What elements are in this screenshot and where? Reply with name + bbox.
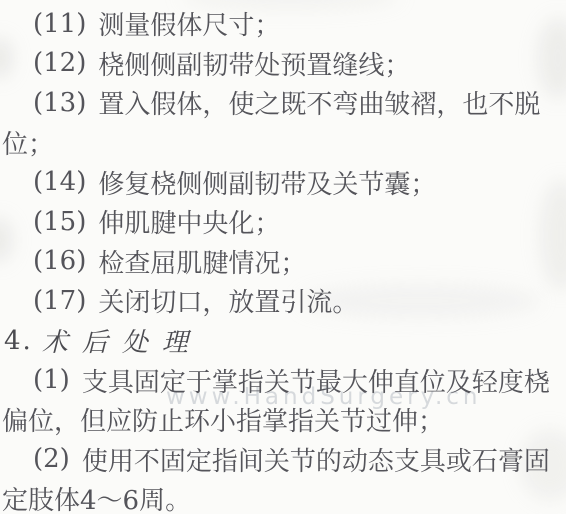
text-line: (11) 测量假体尺寸；	[2, 4, 566, 44]
list-number: (2)	[33, 444, 70, 474]
text-line: 定肢体4～6周。	[2, 479, 566, 514]
scanned-page: www.HandSurgery.cn (11) 测量假体尺寸； (12) 桡侧侧…	[0, 0, 566, 514]
line-text: 术后处理	[42, 322, 202, 359]
list-number: (15)	[33, 207, 86, 237]
list-number: (13)	[33, 88, 86, 118]
list-number: (14)	[33, 167, 86, 197]
line-text: 置入假体，使之既不弯曲皱褶，也不脱	[98, 84, 540, 121]
line-text: 检查屈肌腱情况；	[98, 243, 306, 280]
text-line: (15) 伸肌腱中央化；	[2, 202, 566, 242]
text-line: (2) 使用不固定指间关节的动态支具或石膏固	[2, 440, 566, 480]
text-line: 位；	[2, 123, 566, 163]
text-line: (12) 桡侧侧副韧带处预置缝线；	[2, 44, 566, 84]
line-text: 桡侧侧副韧带处预置缝线；	[98, 45, 410, 82]
line-text: 修复桡侧侧副韧带及关节囊；	[98, 164, 436, 201]
text-line: (16) 检查屈肌腱情况；	[2, 242, 566, 282]
line-text: 支具固定于掌指关节最大伸直位及轻度桡	[82, 362, 550, 399]
line-text: 偏位，但应防止环小指掌指关节过伸；	[2, 401, 444, 438]
line-text: 伸肌腱中央化；	[98, 203, 280, 240]
list-number: 4.	[4, 326, 33, 356]
list-number: (17)	[33, 286, 86, 316]
line-text: 测量假体尺寸；	[98, 5, 280, 42]
text-line: 4. 术后处理	[2, 321, 566, 361]
text-line: (1) 支具固定于掌指关节最大伸直位及轻度桡	[2, 360, 566, 400]
document-body: (11) 测量假体尺寸； (12) 桡侧侧副韧带处预置缝线； (13) 置入假体…	[2, 4, 566, 514]
list-number: (11)	[33, 9, 86, 39]
list-number: (12)	[33, 48, 86, 78]
text-line: 偏位，但应防止环小指掌指关节过伸；	[2, 400, 566, 440]
list-number: (1)	[33, 365, 70, 395]
line-text: 关闭切口，放置引流。	[98, 282, 358, 319]
list-number: (16)	[33, 246, 86, 276]
text-line: (13) 置入假体，使之既不弯曲皱褶，也不脱	[2, 83, 566, 123]
line-text: 位；	[2, 124, 54, 161]
text-line: (17) 关闭切口，放置引流。	[2, 281, 566, 321]
line-text: 使用不固定指间关节的动态支具或石膏固	[82, 441, 550, 478]
text-line: (14) 修复桡侧侧副韧带及关节囊；	[2, 162, 566, 202]
line-text: 定肢体4～6周。	[2, 480, 191, 514]
